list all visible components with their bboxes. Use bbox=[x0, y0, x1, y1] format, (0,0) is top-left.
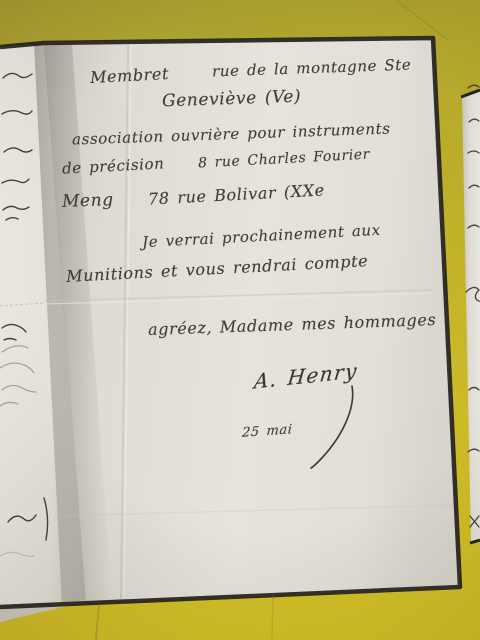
letter-line-association: association ouvrière pour instruments bbox=[72, 119, 391, 148]
letter-line-membret: Membret bbox=[90, 64, 170, 87]
letter-line-meng: Meng bbox=[62, 190, 114, 212]
letter-line-street: rue de la montagne Ste bbox=[212, 56, 412, 81]
letter-line-body2: Munitions et vous rendrai compte bbox=[66, 251, 369, 286]
signature: A. Henry bbox=[253, 358, 359, 393]
letter-date: 25 mai bbox=[242, 422, 293, 441]
photo-of-mourning-letter: Membret rue de la montagne Ste Geneviève… bbox=[0, 0, 480, 640]
letter-line-precision: de précision bbox=[62, 154, 165, 177]
letter-line-body1: Je verrai prochainement aux bbox=[142, 221, 381, 251]
letter-line-bolivar: 78 rue Bolivar (XXe bbox=[148, 180, 326, 208]
letter-line-genevieve: Geneviève (Ve) bbox=[162, 87, 302, 112]
handwriting-layer: Membret rue de la montagne Ste Geneviève… bbox=[0, 0, 480, 640]
letter-line-charles-fourier: 8 rue Charles Fourier bbox=[198, 147, 371, 172]
letter-line-closing: agréez, Madame mes hommages bbox=[148, 310, 437, 339]
